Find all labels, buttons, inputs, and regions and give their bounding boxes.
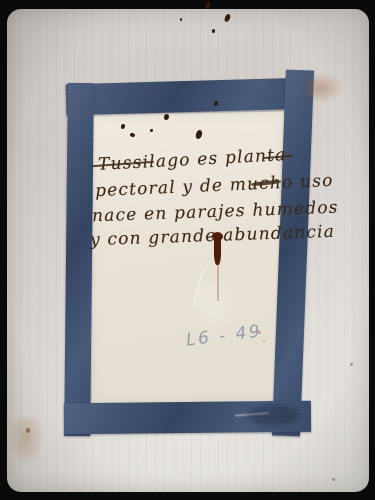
paper-smudge [196, 282, 230, 326]
photograph-of-manuscript: Tussilago es planta pectoral y de mucho … [0, 0, 375, 500]
stain-speck [263, 340, 265, 342]
stain-speck [350, 363, 353, 366]
blue-tape-frame-bottom [64, 401, 311, 435]
stain-speck [26, 428, 30, 433]
ink-drip-tail [217, 263, 219, 301]
stain-speck [258, 331, 261, 334]
stain-speck [332, 478, 335, 481]
ink-drip [214, 234, 221, 265]
rust-stain-bottom-left [8, 418, 44, 466]
rust-stain-top-right [306, 74, 342, 102]
blue-tape-frame-left [64, 83, 94, 436]
